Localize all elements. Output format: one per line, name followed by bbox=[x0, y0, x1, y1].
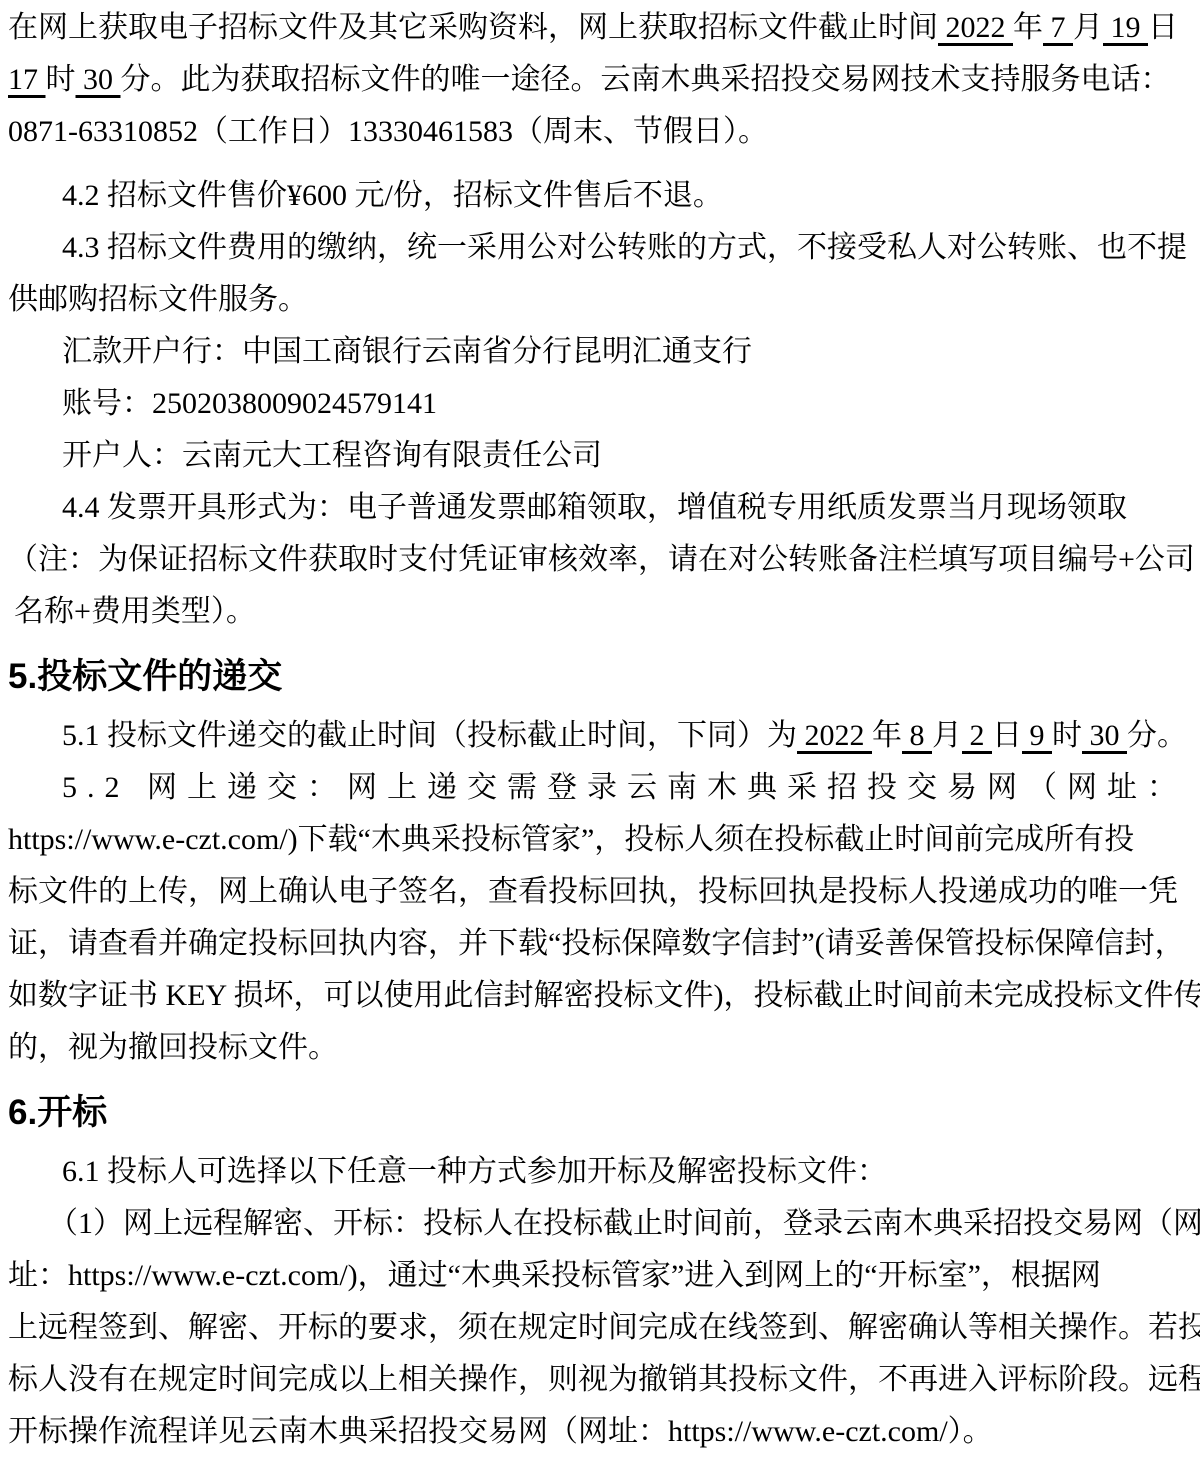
text-segment: 6.1 投标人可选择以下任意一种方式参加开标及解密投标文件： bbox=[62, 1155, 887, 1188]
support-phone-line: 0871-63310852（工作日）13330461583（周末、节假日）。 bbox=[8, 106, 1192, 158]
underlined-value: 17 bbox=[8, 63, 46, 96]
text-segment: https://www.e-czt.com/)下载“木典采投标管家”，投标人须在… bbox=[8, 823, 1134, 856]
text-segment: 4.2 招标文件售价¥600 元/份，招标文件售后不退。 bbox=[62, 179, 723, 212]
account-holder-line: 开户人：云南元大工程咨询有限责任公司 bbox=[8, 430, 1192, 482]
text-segment: 时 bbox=[1052, 719, 1082, 752]
text-segment: 5.1 投标文件递交的截止时间（投标截止时间，下同）为 bbox=[62, 719, 797, 752]
text-segment: 账号：2502038009024579141 bbox=[62, 387, 437, 420]
underlined-value: 2022 bbox=[938, 11, 1013, 44]
text-segment: 开户人：云南元大工程咨询有限责任公司 bbox=[62, 439, 602, 472]
clause-4-2: 4.2 招标文件售价¥600 元/份，招标文件售后不退。 bbox=[8, 170, 1192, 222]
clause-6-1-item-1-cont-4: 开标操作流程详见云南木典采招投交易网（网址：https://www.e-czt.… bbox=[8, 1406, 1192, 1458]
text-segment: 开标操作流程详见云南木典采招投交易网（网址：https://www.e-czt.… bbox=[8, 1415, 993, 1448]
text-segment: 日 bbox=[1148, 11, 1178, 44]
text-segment: 年 bbox=[1013, 11, 1043, 44]
text-segment: 证，请查看并确定投标回执内容，并下载“投标保障数字信封”(请妥善保管投标保障信封… bbox=[8, 927, 1185, 960]
underlined-value: 7 bbox=[1043, 11, 1073, 44]
text-segment: 如数字证书 KEY 损坏，可以使用此信封解密投标文件)，投标截止时间前未完成投标… bbox=[8, 979, 1200, 1012]
text-segment: 分。 bbox=[1127, 719, 1187, 752]
clause-6-1-item-1-cont-2: 上远程签到、解密、开标的要求，须在规定时间完成在线签到、解密确认等相关操作。若投 bbox=[8, 1302, 1192, 1354]
text-segment: （1）网上远程解密、开标：投标人在投标截止时间前，登录云南木典采招投交易网（网 bbox=[48, 1207, 1200, 1240]
clause-6-1: 6.1 投标人可选择以下任意一种方式参加开标及解密投标文件： bbox=[8, 1146, 1192, 1198]
text-segment: 4.3 招标文件费用的缴纳，统一采用公对公转账的方式，不接受私人对公转账、也不提 bbox=[62, 231, 1187, 264]
text-segment: 址：https://www.e-czt.com/)，通过“木典采投标管家”进入到… bbox=[8, 1259, 1101, 1292]
clause-4-4: 4.4 发票开具形式为：电子普通发票邮箱领取，增值税专用纸质发票当月现场领取 bbox=[8, 482, 1192, 534]
text-segment: 的，视为撤回投标文件。 bbox=[8, 1031, 338, 1064]
text-segment: 0871-63310852（工作日）13330461583（周末、节假日）。 bbox=[8, 115, 768, 148]
underlined-value: 30 bbox=[76, 63, 121, 96]
note-line-cont: 名称+费用类型）。 bbox=[8, 586, 1192, 638]
clause-5-2: 5.2 网上递交：网上递交需登录云南木典采招投交易网（网址： bbox=[8, 762, 1192, 814]
underlined-value: 30 bbox=[1082, 719, 1127, 752]
text-segment: 汇款开户行：中国工商银行云南省分行昆明汇通支行 bbox=[62, 335, 752, 368]
text-segment: 月 bbox=[1073, 11, 1103, 44]
text-segment: 月 bbox=[932, 719, 962, 752]
clause-4-3: 4.3 招标文件费用的缴纳，统一采用公对公转账的方式，不接受私人对公转账、也不提 bbox=[8, 222, 1192, 274]
text-segment: 5.2 网上递交：网上递交需登录云南木典采招投交易网（网址： bbox=[62, 771, 1187, 804]
text-segment: 在网上获取电子招标文件及其它采购资料，网上获取招标文件截止时间 bbox=[8, 11, 938, 44]
clause-5-2-cont-3: 证，请查看并确定投标回执内容，并下载“投标保障数字信封”(请妥善保管投标保障信封… bbox=[8, 918, 1192, 970]
bank-name-line: 汇款开户行：中国工商银行云南省分行昆明汇通支行 bbox=[8, 326, 1192, 378]
clause-5-2-cont-2: 标文件的上传，网上确认电子签名，查看投标回执，投标回执是投标人投递成功的唯一凭 bbox=[8, 866, 1192, 918]
document-page: 在网上获取电子招标文件及其它采购资料，网上获取招标文件截止时间 2022 年 7… bbox=[0, 0, 1200, 1466]
text-segment: 标文件的上传，网上确认电子签名，查看投标回执，投标回执是投标人投递成功的唯一凭 bbox=[8, 875, 1178, 908]
text-segment: 4.4 发票开具形式为：电子普通发票邮箱领取，增值税专用纸质发票当月现场领取 bbox=[62, 491, 1127, 524]
underlined-value: 2022 bbox=[797, 719, 872, 752]
text-segment: 6.开标 bbox=[8, 1093, 107, 1132]
note-line: （注：为保证招标文件获取时支付凭证审核效率，请在对公转账备注栏填写项目编号+公司 bbox=[8, 534, 1192, 586]
text-segment: 标人没有在规定时间完成以上相关操作，则视为撤销其投标文件，不再进入评标阶段。远程 bbox=[8, 1363, 1200, 1396]
clause-5-2-cont-1: https://www.e-czt.com/)下载“木典采投标管家”，投标人须在… bbox=[8, 814, 1192, 866]
section-6-heading: 6.开标 bbox=[8, 1090, 1192, 1136]
text-segment: （注：为保证招标文件获取时支付凭证审核效率，请在对公转账备注栏填写项目编号+公司 bbox=[8, 543, 1195, 576]
text-segment: 供邮购招标文件服务。 bbox=[8, 283, 308, 316]
text-segment: 年 bbox=[872, 719, 902, 752]
file-obtain-deadline-line-2: 17 时 30 分。此为获取招标文件的唯一途径。云南木典采招投交易网技术支持服务… bbox=[8, 54, 1192, 106]
clause-6-1-item-1-cont-1: 址：https://www.e-czt.com/)，通过“木典采投标管家”进入到… bbox=[8, 1250, 1192, 1302]
clause-5-1: 5.1 投标文件递交的截止时间（投标截止时间，下同）为 2022 年 8 月 2… bbox=[8, 710, 1192, 762]
underlined-value: 19 bbox=[1103, 11, 1148, 44]
clause-6-1-item-1: （1）网上远程解密、开标：投标人在投标截止时间前，登录云南木典采招投交易网（网 bbox=[8, 1198, 1192, 1250]
section-5-heading: 5.投标文件的递交 bbox=[8, 654, 1192, 700]
clause-6-1-item-1-cont-3: 标人没有在规定时间完成以上相关操作，则视为撤销其投标文件，不再进入评标阶段。远程 bbox=[8, 1354, 1192, 1406]
text-segment: 时 bbox=[46, 63, 76, 96]
clause-5-2-cont-5: 的，视为撤回投标文件。 bbox=[8, 1022, 1192, 1074]
text-segment: 上远程签到、解密、开标的要求，须在规定时间完成在线签到、解密确认等相关操作。若投 bbox=[8, 1311, 1200, 1344]
text-segment: 5.投标文件的递交 bbox=[8, 657, 282, 696]
text-segment: 分。此为获取招标文件的唯一途径。云南木典采招投交易网技术支持服务电话： bbox=[121, 63, 1171, 96]
underlined-value: 2 bbox=[962, 719, 992, 752]
text-segment: 日 bbox=[992, 719, 1022, 752]
underlined-value: 8 bbox=[902, 719, 932, 752]
clause-4-3-cont: 供邮购招标文件服务。 bbox=[8, 274, 1192, 326]
underlined-value: 9 bbox=[1022, 719, 1052, 752]
bank-account-line: 账号：2502038009024579141 bbox=[8, 378, 1192, 430]
text-segment: 名称+费用类型）。 bbox=[14, 595, 256, 628]
file-obtain-deadline-line: 在网上获取电子招标文件及其它采购资料，网上获取招标文件截止时间 2022 年 7… bbox=[8, 2, 1192, 54]
clause-5-2-cont-4: 如数字证书 KEY 损坏，可以使用此信封解密投标文件)，投标截止时间前未完成投标… bbox=[8, 970, 1192, 1022]
